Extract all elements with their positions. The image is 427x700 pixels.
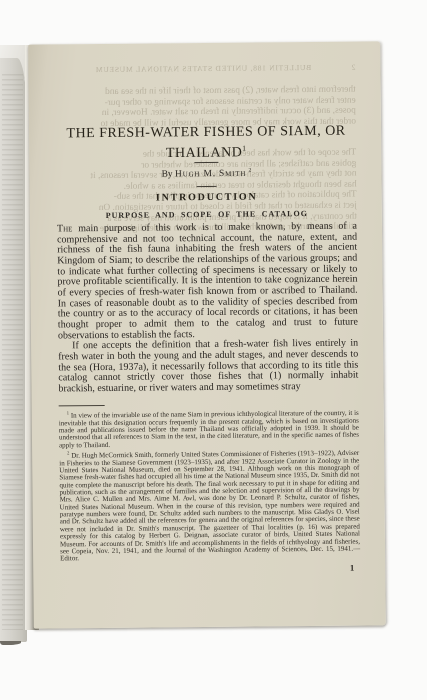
paragraph-1: The main purpose of this work is to make…	[57, 222, 358, 342]
page-title: THE FRESH-WATER FISHES OF SIAM, OR THAIL…	[56, 124, 356, 164]
page-number: 1	[60, 563, 354, 576]
facing-page-edge	[0, 58, 27, 642]
footnotes: 1 In view of the invariable use of the n…	[59, 407, 360, 563]
author-name: Hugh M. Smith	[175, 169, 246, 180]
bleedthrough-running-head: 2 BULLETIN 188, UNITED STATES NATIONAL M…	[55, 63, 355, 76]
title-footnote-reference: 1	[242, 144, 246, 153]
paragraph-1-text: main purpose of this work is to make kno…	[57, 221, 358, 341]
bleedthrough-header-text: BULLETIN 188, UNITED STATES NATIONAL MUS…	[95, 63, 311, 75]
paragraph-1-lead: The	[57, 223, 73, 234]
byline-footnote-reference: 2	[249, 168, 252, 174]
book-page: 2 BULLETIN 188, UNITED STATES NATIONAL M…	[28, 41, 386, 628]
footnote-2: 2 Dr. Hugh McCormick Smith, formerly Uni…	[59, 447, 360, 563]
footnote-1-text: In view of the invariable use of the nam…	[59, 409, 359, 449]
bleedthrough-page-number: 2	[351, 63, 356, 73]
footnote-2-text: Dr. Hugh McCormick Smith, formerly Unite…	[59, 449, 360, 563]
byline-prefix: By	[162, 169, 176, 179]
footnote-1: 1 In view of the invariable use of the n…	[59, 407, 359, 450]
body-text: The main purpose of this work is to make…	[57, 222, 359, 395]
paragraph-2-text: If one accepts the definition that a fre…	[58, 338, 358, 395]
title-line-1: THE FRESH-WATER FISHES OF SIAM, OR	[66, 124, 345, 142]
footnote-separator-rule	[59, 405, 105, 406]
paragraph-2: If one accepts the definition that a fre…	[58, 339, 358, 395]
title-line-2: THAILAND	[166, 145, 242, 161]
